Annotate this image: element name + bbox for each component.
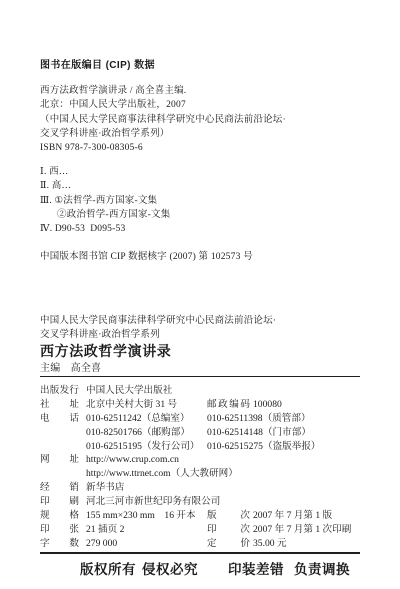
cip-record-number: 中国版本图书馆 CIP 数据核字 (2007) 第 102573 号 bbox=[40, 248, 253, 262]
colophon-label: 字数 bbox=[40, 537, 79, 551]
colophon-value: 010-62511242（总编室） bbox=[86, 412, 190, 426]
divider-line-bottom bbox=[40, 552, 360, 554]
cip-heading: 图书在版编目 (CIP) 数据 bbox=[40, 56, 155, 71]
colophon-value: http://www.crup.com.cn bbox=[86, 453, 179, 467]
copyright-notice-item: 侵权必究 bbox=[142, 558, 198, 578]
colophon-row: 出版发行 中国人民大学出版社 bbox=[40, 384, 370, 398]
colophon-row: 社址 北京中关村大街 31 号 邮政编码 100080 bbox=[40, 398, 370, 412]
colophon-value: 010-82501766（邮购部） bbox=[86, 426, 190, 440]
colophon-label: 经销 bbox=[40, 481, 79, 495]
cip-classification-line: Ⅱ. 高… bbox=[40, 179, 170, 193]
book-title: 西方法政哲学演讲录 bbox=[40, 343, 276, 360]
colophon-value: 010-62511398（质管部） bbox=[207, 412, 311, 426]
copyright-notice-item: 印装差错 bbox=[228, 558, 284, 578]
colophon-row: 网址 http://www.crup.com.cn bbox=[40, 453, 370, 467]
colophon-value: 2007 年 7 月第 1 次印刷 bbox=[253, 523, 351, 537]
colophon-value: 河北三河市新世纪印务有限公司 bbox=[86, 495, 220, 509]
cip-classification-line: Ⅳ. D90-53 D095-53 bbox=[40, 222, 170, 236]
colophon-value: http://www.ttrnet.com（人大教研网） bbox=[86, 467, 238, 481]
cip-description-line: 交叉学科讲座·政治哲学系列） bbox=[40, 127, 286, 141]
colophon-label: 出版发行 bbox=[40, 384, 79, 398]
colophon-label: 印张 bbox=[40, 523, 79, 537]
colophon-row: 字数 279 000 定价 35.00 元 bbox=[40, 537, 370, 551]
cip-classification-line: Ⅰ. 西… bbox=[40, 165, 170, 179]
colophon-label: 印次 bbox=[207, 523, 250, 537]
cip-isbn-line: ISBN 978-7-300-08305-6 bbox=[40, 141, 286, 155]
colophon-block: 出版发行 中国人民大学出版社 社址 北京中关村大街 31 号 邮政编码 1000… bbox=[40, 384, 370, 551]
book-copyright-page: { "cip": { "heading": "图书在版编目 (CIP) 数据",… bbox=[0, 0, 400, 589]
colophon-value: 279 000 bbox=[86, 537, 117, 551]
editor-line: 主编 高全喜 bbox=[40, 361, 276, 376]
colophon-label: 电话 bbox=[40, 412, 79, 426]
cip-description-line: 北京：中国人民大学出版社，2007 bbox=[40, 98, 286, 112]
colophon-label: 印刷 bbox=[40, 495, 79, 509]
colophon-label: 邮政编码 bbox=[207, 398, 250, 412]
colophon-value: 155 mm×230 mm 16 开本 bbox=[86, 509, 196, 523]
cip-description-block: 西方法政哲学演讲录 / 高全喜主编. 北京：中国人民大学出版社，2007 （中国… bbox=[40, 84, 286, 155]
copyright-notice-item: 负责调换 bbox=[294, 558, 350, 578]
colophon-row: 010-62515195（发行公司） 010-62515275（盗版举报） bbox=[40, 440, 370, 454]
colophon-row: 印刷 河北三河市新世纪印务有限公司 bbox=[40, 495, 370, 509]
colophon-row: http://www.ttrnet.com（人大教研网） bbox=[40, 467, 370, 481]
colophon-value: 100080 bbox=[253, 398, 282, 412]
series-title-block: 中国人民大学民商事法律科学研究中心民商法前沿论坛· 交叉学科讲座·政治哲学系列 … bbox=[40, 314, 276, 376]
series-line: 中国人民大学民商事法律科学研究中心民商法前沿论坛· bbox=[40, 314, 276, 328]
cip-description-line: 西方法政哲学演讲录 / 高全喜主编. bbox=[40, 84, 286, 98]
colophon-value: 010-62515195（发行公司） bbox=[86, 440, 200, 454]
colophon-row: 印张 21 插页 2 印次 2007 年 7 月第 1 次印刷 bbox=[40, 523, 370, 537]
colophon-row: 经销 新华书店 bbox=[40, 481, 370, 495]
colophon-value: 010-62515275（盗版举报） bbox=[207, 440, 321, 454]
colophon-row: 010-82501766（邮购部） 010-62514148（门市部） bbox=[40, 426, 370, 440]
colophon-value: 35.00 元 bbox=[253, 537, 287, 551]
divider-line-top bbox=[40, 376, 360, 377]
colophon-value: 010-62514148（门市部） bbox=[207, 426, 311, 440]
series-line: 交叉学科讲座·政治哲学系列 bbox=[40, 328, 276, 342]
colophon-row: 电话 010-62511242（总编室） 010-62511398（质管部） bbox=[40, 412, 370, 426]
copyright-notice-item: 版权所有 bbox=[80, 558, 136, 578]
colophon-label: 社址 bbox=[40, 398, 79, 412]
cip-classification-block: Ⅰ. 西… Ⅱ. 高… Ⅲ. ①法哲学-西方国家-文集 ②政治哲学-西方国家-文… bbox=[40, 165, 170, 236]
colophon-value: 新华书店 bbox=[86, 481, 124, 495]
colophon-value: 北京中关村大街 31 号 bbox=[86, 398, 177, 412]
cip-classification-line: Ⅲ. ①法哲学-西方国家-文集 bbox=[40, 194, 170, 208]
cip-classification-line: ②政治哲学-西方国家-文集 bbox=[40, 208, 170, 222]
colophon-row: 规格 155 mm×230 mm 16 开本 版次 2007 年 7 月第 1 … bbox=[40, 509, 370, 523]
colophon-value: 中国人民大学出版社 bbox=[86, 384, 172, 398]
colophon-value: 2007 年 7 月第 1 版 bbox=[253, 509, 332, 523]
colophon-label: 定价 bbox=[207, 537, 250, 551]
colophon-label: 网址 bbox=[40, 453, 79, 467]
colophon-label: 版次 bbox=[207, 509, 250, 523]
copyright-notice: 版权所有 侵权必究 印装差错 负责调换 bbox=[0, 558, 400, 578]
colophon-label: 规格 bbox=[40, 509, 79, 523]
cip-description-line: （中国人民大学民商事法律科学研究中心民商法前沿论坛· bbox=[40, 113, 286, 127]
colophon-value: 21 插页 2 bbox=[86, 523, 124, 537]
